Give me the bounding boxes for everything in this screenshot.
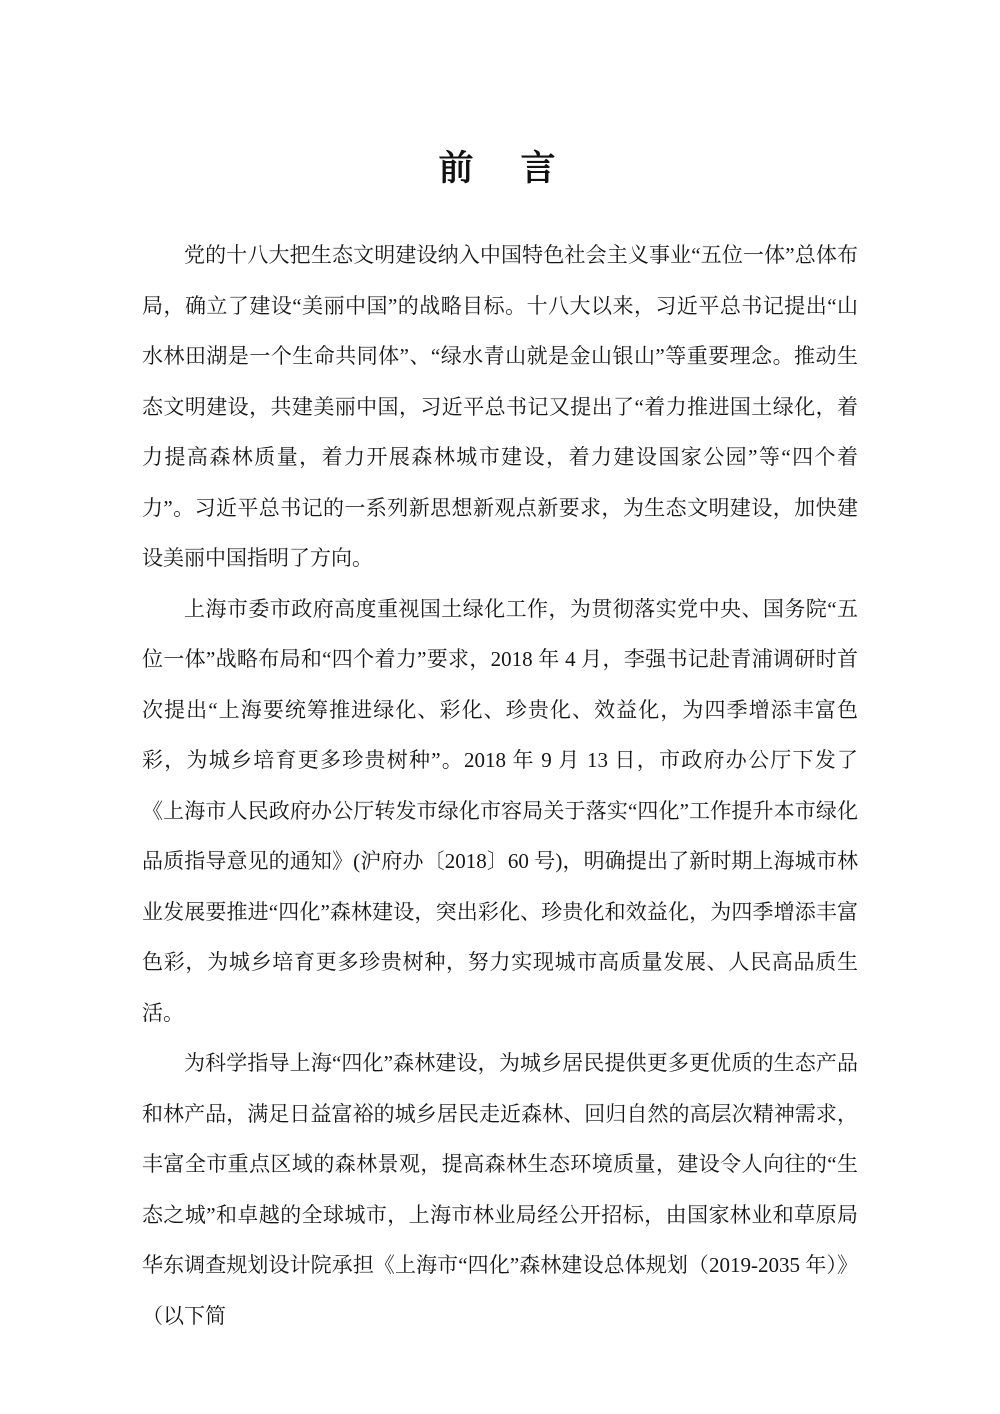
page-title: 前 言 xyxy=(0,148,1000,190)
paragraph-3: 为科学指导上海“四化”森林建设，为城乡居民提供更多更优质的生态产品和林产品，满足… xyxy=(142,1038,858,1341)
document-page: 前 言 党的十八大把生态文明建设纳入中国特色社会主义事业“五位一体”总体布局，确… xyxy=(0,0,1000,1414)
paragraph-1: 党的十八大把生态文明建设纳入中国特色社会主义事业“五位一体”总体布局，确立了建设… xyxy=(142,230,858,584)
paragraph-2: 上海市委市政府高度重视国土绿化工作，为贯彻落实党中央、国务院“五位一体”战略布局… xyxy=(142,584,858,1039)
document-body: 党的十八大把生态文明建设纳入中国特色社会主义事业“五位一体”总体布局，确立了建设… xyxy=(142,230,858,1341)
